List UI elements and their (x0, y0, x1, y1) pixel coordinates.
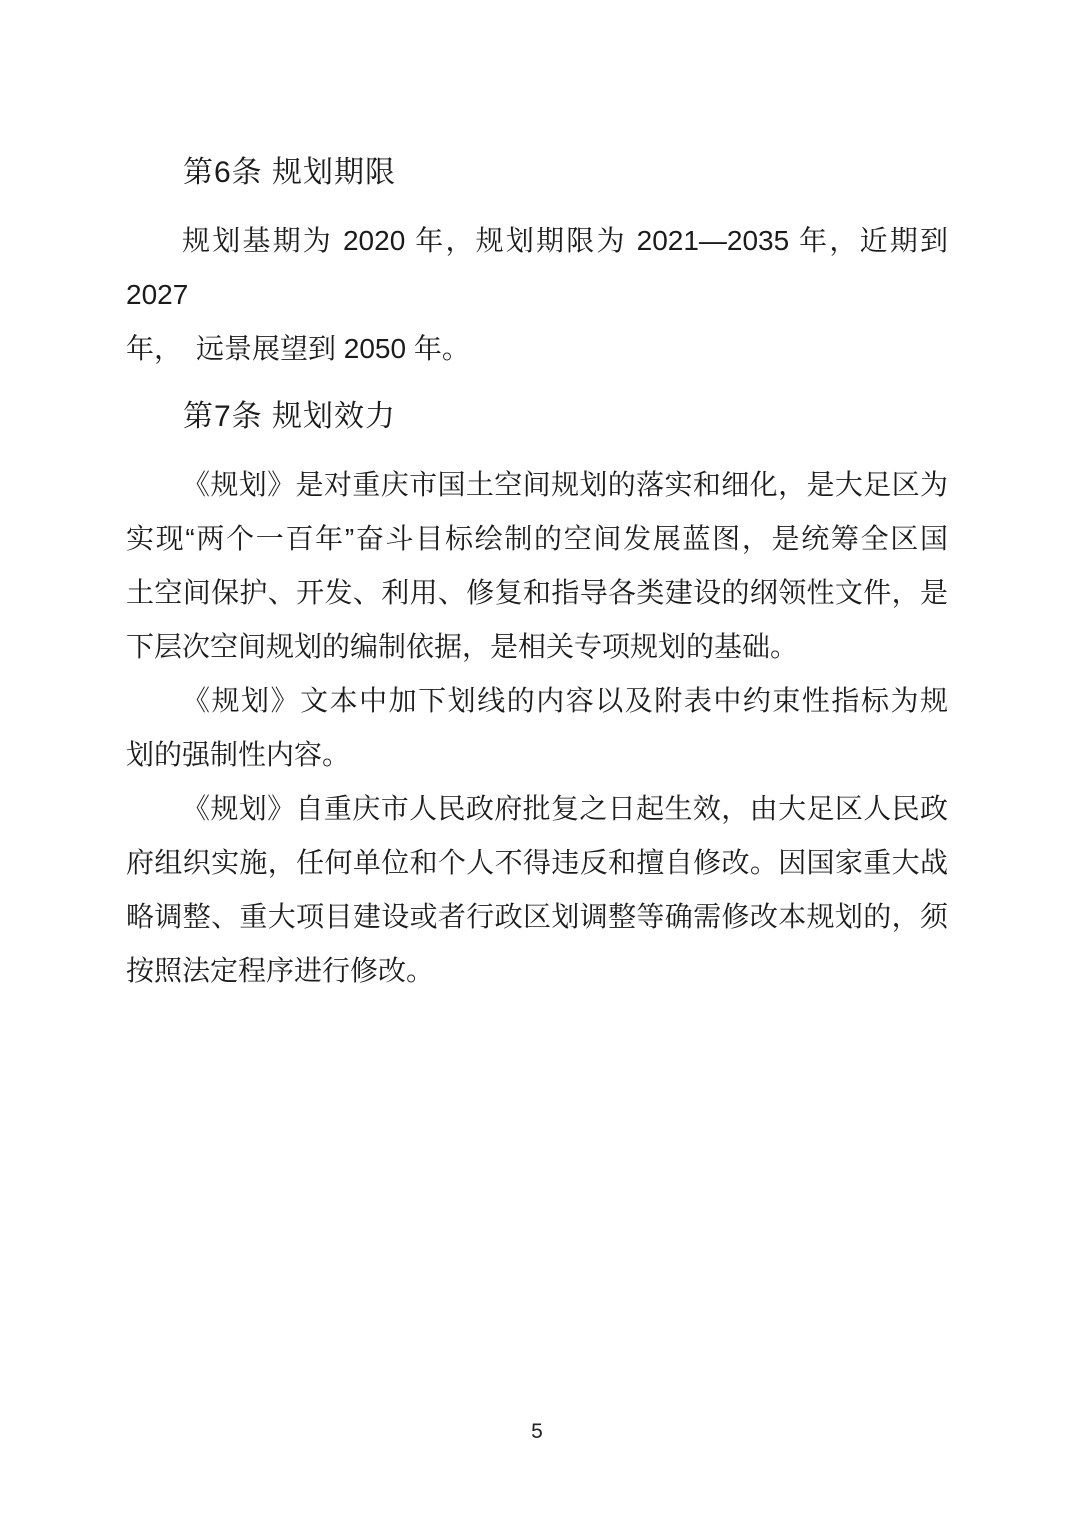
text-line: 划的强制性内容。 (126, 728, 948, 782)
article-7-paragraph-1: 《规划》是对重庆市国土空间规划的落实和细化，是大足区为 实现“两个一百年”奋斗目… (126, 458, 948, 674)
text-line: 府组织实施，任何单位和个人不得违反和擅自修改。因国家重大战 (126, 836, 948, 890)
text-line: 年， 远景展望到 2050 年。 (126, 322, 948, 376)
text-line: 《规划》文本中加下划线的内容以及附表中约束性指标为规 (126, 674, 948, 728)
article-7-paragraph-3: 《规划》自重庆市人民政府批复之日起生效，由大足区人民政 府组织实施，任何单位和个… (126, 782, 948, 998)
text-line: 规划基期为 2020 年，规划期限为 2021—2035 年，近期到 2027 (126, 214, 948, 322)
article-7-heading: 第7条 规划效力 (126, 390, 948, 444)
page-number: 5 (0, 1418, 1074, 1446)
text-line: 实现“两个一百年”奋斗目标绘制的空间发展蓝图，是统筹全区国 (126, 512, 948, 566)
article-6-heading: 第6条 规划期限 (126, 146, 948, 200)
article-6-paragraph: 规划基期为 2020 年，规划期限为 2021—2035 年，近期到 2027 … (126, 214, 948, 376)
text-line: 按照法定程序进行修改。 (126, 944, 948, 998)
text-line: 土空间保护、开发、利用、修复和指导各类建设的纲领性文件，是 (126, 566, 948, 620)
document-page: 第6条 规划期限 规划基期为 2020 年，规划期限为 2021—2035 年，… (0, 0, 1074, 1520)
article-7-paragraph-2: 《规划》文本中加下划线的内容以及附表中约束性指标为规 划的强制性内容。 (126, 674, 948, 782)
document-body: 第6条 规划期限 规划基期为 2020 年，规划期限为 2021—2035 年，… (126, 132, 948, 998)
text-line: 《规划》是对重庆市国土空间规划的落实和细化，是大足区为 (126, 458, 948, 512)
text-line: 下层次空间规划的编制依据，是相关专项规划的基础。 (126, 620, 948, 674)
text-line: 《规划》自重庆市人民政府批复之日起生效，由大足区人民政 (126, 782, 948, 836)
text-line: 略调整、重大项目建设或者行政区划调整等确需修改本规划的，须 (126, 890, 948, 944)
